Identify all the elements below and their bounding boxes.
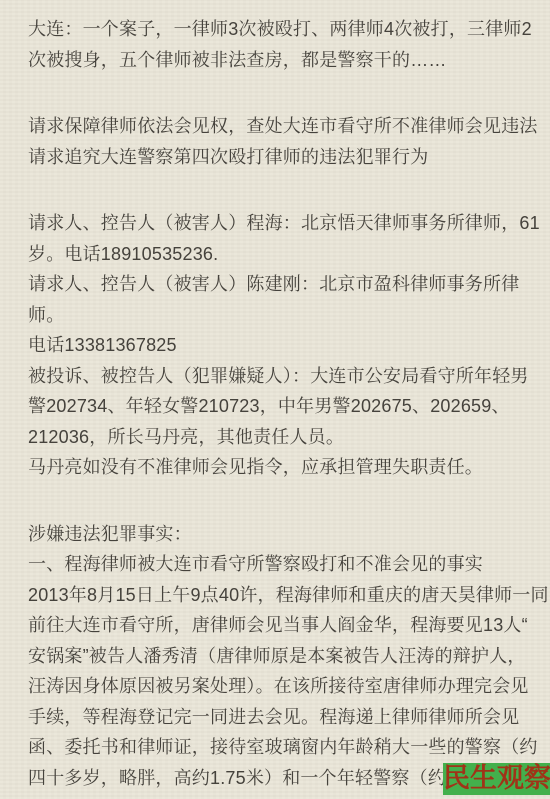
text-line: 2013年8月15日上午9点40许，程海律师和重庆的唐天昊律师一同 <box>28 580 524 611</box>
text-line: 212036，所长马丹亮，其他责任人员。 <box>28 422 524 453</box>
text-line: 岁。电话18910535236. <box>28 239 524 270</box>
text-line: 警202734、年轻女警210723，中年男警202675、202659、 <box>28 391 524 422</box>
text-line: 被投诉、被控告人（犯罪嫌疑人）：大连市公安局看守所年轻男 <box>28 361 524 392</box>
text-line: 师。 <box>28 300 524 331</box>
text-line: 请求人、控告人（被害人）程海：北京悟天律师事务所律师，61 <box>28 208 524 239</box>
text-line: 次被搜身，五个律师被非法查房，都是警察干的…… <box>28 45 524 76</box>
text-line: 大连：一个案子，一律师3次被殴打、两律师4次被打，三律师2 <box>28 14 524 45</box>
text-line: 手续，等程海登记完一同进去会见。程海递上律师律师所会见 <box>28 702 524 733</box>
paragraph-gap <box>28 75 524 111</box>
text-line: 涉嫌违法犯罪事实： <box>28 519 524 550</box>
text-line: 汪涛因身体原因被另案处理）。在该所接待室唐律师办理完会见 <box>28 671 524 702</box>
text-line: 请求追究大连警察第四次殴打律师的违法犯罪行为 <box>28 142 524 173</box>
text-line: 请求人、控告人（被害人）陈建刚：北京市盈科律师事务所律 <box>28 269 524 300</box>
text-line: 前往大连市看守所，唐律师会见当事人阎金华，程海要见13人“ <box>28 610 524 641</box>
paragraph-gap <box>28 483 524 519</box>
text-line: 电话13381367825 <box>28 330 524 361</box>
text-line: 安锅案”被告人潘秀清（唐律师原是本案被告人汪涛的辩护人， <box>28 641 524 672</box>
watermark-badge: 民生观察 <box>443 763 550 795</box>
document-page: 大连：一个案子，一律师3次被殴打、两律师4次被打，三律师2次被搜身，五个律师被非… <box>0 0 550 799</box>
document-body: 大连：一个案子，一律师3次被殴打、两律师4次被打，三律师2次被搜身，五个律师被非… <box>0 0 550 793</box>
text-line: 请求保障律师依法会见权，查处大连市看守所不准律师会见违法 <box>28 111 524 142</box>
text-line: 一、程海律师被大连市看守所警察殴打和不准会见的事实 <box>28 549 524 580</box>
text-line: 函、委托书和律师证，接待室玻璃窗内年龄稍大一些的警察（约 <box>28 732 524 763</box>
text-line: 马丹亮如没有不准律师会见指令，应承担管理失职责任。 <box>28 452 524 483</box>
paragraph-gap <box>28 172 524 208</box>
